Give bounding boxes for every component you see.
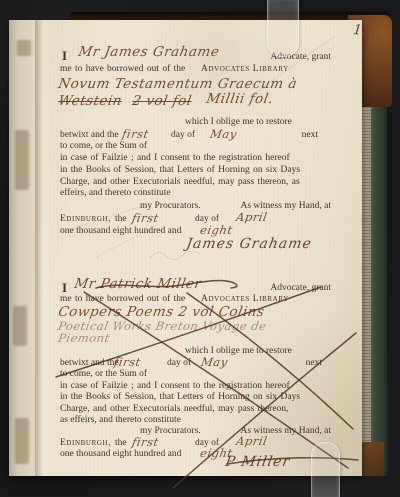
form-effeirs: effeirs, and thereto constitute: [60, 188, 171, 198]
form-failzie: in case of Failzie ; and I consent to th…: [60, 381, 290, 391]
book-title-line-2: Millii fol.: [205, 91, 275, 107]
form-oblige-restore: which I oblige me to restore: [185, 346, 292, 356]
form-borrowed-out: me to have borrowed out of the: [60, 294, 185, 304]
sign-day: first: [131, 211, 160, 225]
form-the: the: [115, 214, 127, 224]
form-session: in the Books of Session, that Letters of…: [60, 392, 300, 402]
form-oblige-restore: which I oblige me to restore: [185, 117, 292, 127]
library-name: Advocates Library: [201, 64, 289, 74]
page-holder-strap-bottom: [311, 442, 340, 497]
restore-month: May: [209, 127, 238, 141]
page-number: 13.: [352, 22, 376, 40]
book-title-line-1: Cowpers Poems 2 vol Colins: [57, 304, 266, 320]
form-borrowed-out: me to have borrowed out of the: [60, 64, 185, 74]
book-title-line-3: Piemont: [57, 331, 111, 345]
form-betwixt: betwixt and the: [60, 358, 119, 368]
page-holder-strap-top: [267, 0, 299, 57]
book-title-struck-2: 2 vol fol: [131, 93, 193, 109]
form-the: the: [115, 438, 127, 448]
book-title-line-1: Novum Testamentum Graecum à: [57, 76, 298, 92]
form-next: next: [302, 130, 318, 140]
restore-day: first: [113, 355, 142, 369]
sign-day: first: [131, 435, 160, 449]
library-name: Advocates Library: [201, 294, 289, 304]
form-day-of: day of: [171, 130, 195, 140]
bleedthrough-mark: [15, 418, 29, 464]
form-year-line: one thousand eight hundred and: [60, 226, 181, 236]
form-session: in the Books of Session, that Letters of…: [60, 165, 300, 175]
form-year-line: one thousand eight hundred and: [60, 449, 181, 459]
ledger-page: 13. I Mr James Grahame Advocate, grant m…: [9, 20, 362, 476]
form-betwixt: betwixt and the: [60, 130, 119, 140]
form-opening-initial: I: [62, 48, 67, 64]
form-charge: Charge, and other Executorials needful, …: [60, 177, 300, 187]
sign-month: April: [235, 210, 268, 224]
form-effeirs: as effeirs, and thereto constitute: [60, 415, 181, 425]
borrower-signature: P Miller: [224, 454, 291, 470]
restore-day: first: [121, 127, 150, 141]
form-to-come: to come, or the Sum of: [60, 141, 147, 151]
form-to-come: to come, or the Sum of: [60, 369, 147, 379]
borrower-name: Mr Patrick Miller: [73, 276, 203, 292]
restore-month: May: [200, 355, 229, 369]
form-charge: Charge, and other Executorials needful, …: [60, 404, 288, 414]
year-word: eight: [199, 223, 234, 237]
sign-month: April: [235, 434, 268, 448]
borrower-signature: James Grahame: [185, 236, 313, 252]
bleedthrough-mark: [15, 130, 29, 190]
form-failzie: in case of Failzie ; and I consent to th…: [60, 153, 290, 163]
form-advocate-grant: Advocate, grant: [270, 283, 331, 293]
form-edinburgh: Edinburgh,: [60, 438, 111, 448]
gutter-crease: [35, 20, 51, 476]
form-day-of: day of: [167, 358, 191, 368]
form-edinburgh: Edinburgh,: [60, 214, 111, 224]
borrower-name: Mr James Grahame: [77, 44, 221, 60]
book-title-struck-1: Wetstein: [57, 93, 123, 109]
bleedthrough-mark: [17, 40, 31, 56]
bleedthrough-mark: [13, 306, 27, 346]
form-next: next: [306, 358, 322, 368]
gutter-stub: [9, 20, 35, 476]
form-procurators: my Procurators.: [140, 201, 201, 211]
